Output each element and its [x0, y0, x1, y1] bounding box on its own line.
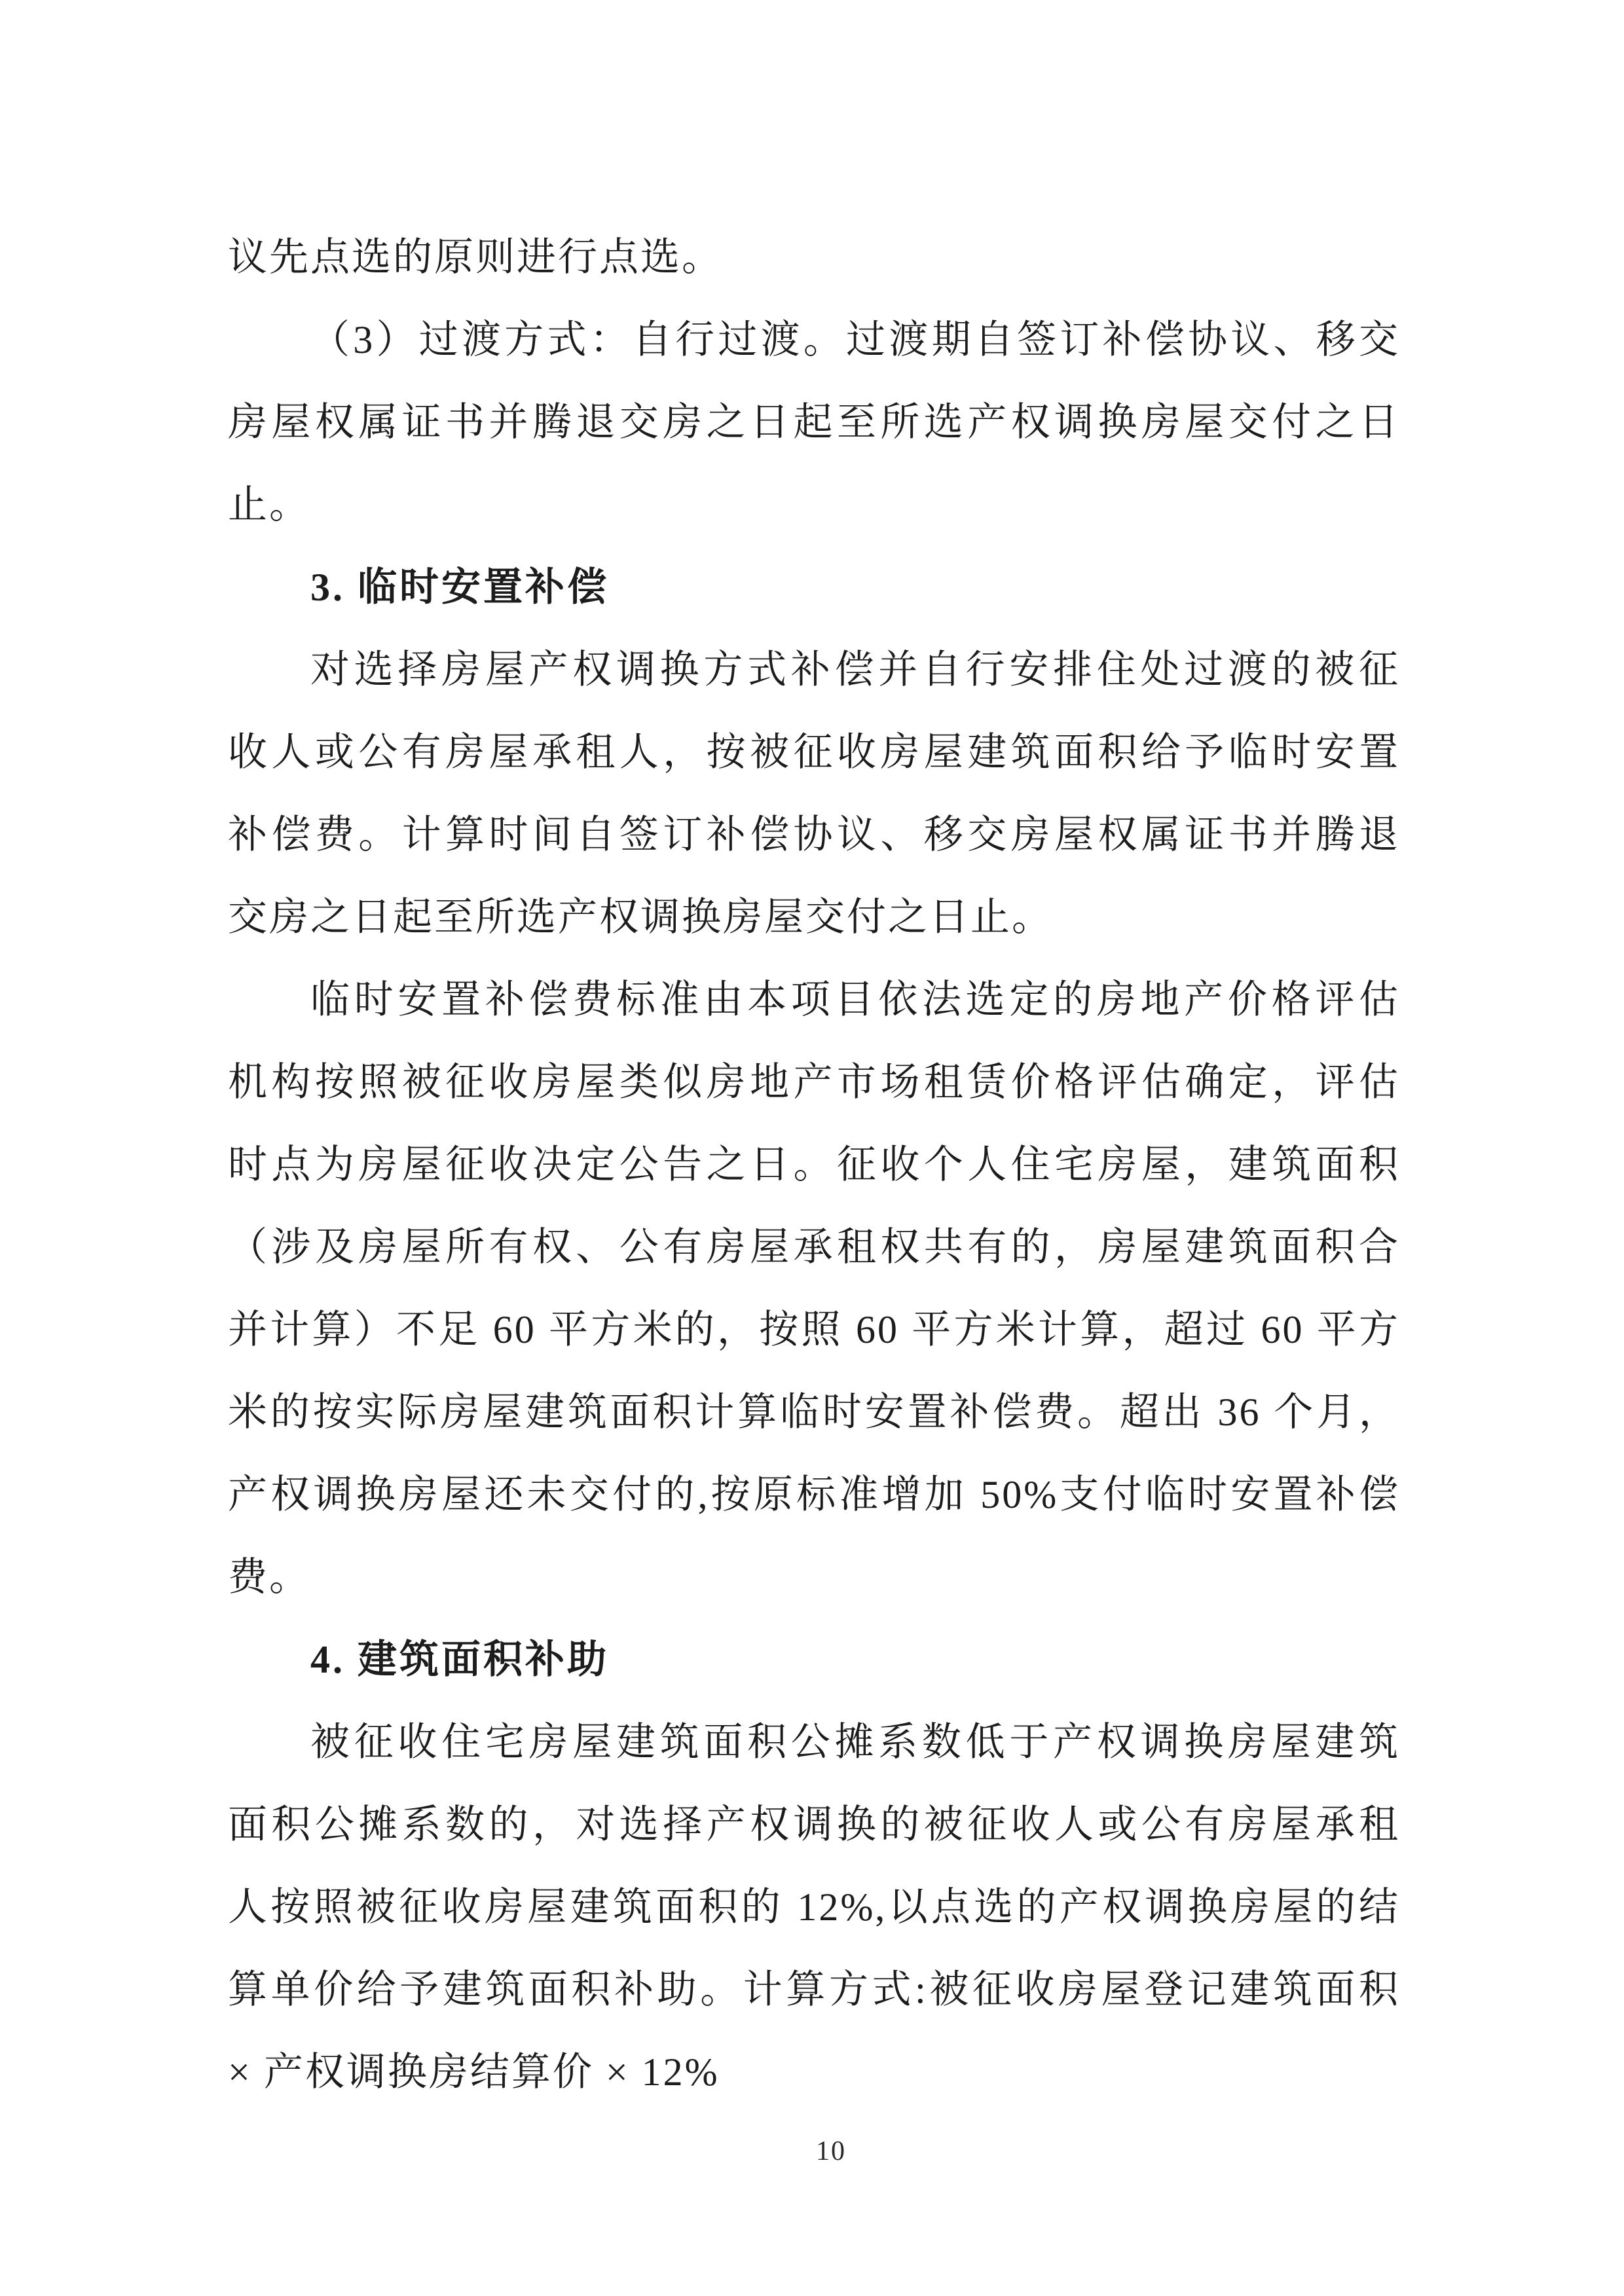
text-line: 产权调换房屋还未交付的,按原标准增加 50%支付临时安置补偿 [228, 1453, 1400, 1536]
text-line: 费。 [228, 1536, 1400, 1618]
section-heading: 4. 建筑面积补助 [228, 1618, 1400, 1701]
text-line: 算单价给予建筑面积补助。计算方式:被征收房屋登记建筑面积 [228, 1948, 1400, 2031]
text-line: 米的按实际房屋建筑面积计算临时安置补偿费。超出 36 个月， [228, 1371, 1400, 1453]
text-line: 房屋权属证书并腾退交房之日起至所选产权调换房屋交付之日 [228, 381, 1400, 464]
text-line: （3）过渡方式：自行过渡。过渡期自签订补偿协议、移交 [228, 299, 1400, 381]
document-body: 议先点选的原则进行点选。 （3）过渡方式：自行过渡。过渡期自签订补偿协议、移交 … [228, 216, 1400, 2113]
text-line: （涉及房屋所有权、公有房屋承租权共有的，房屋建筑面积合 [228, 1206, 1400, 1288]
text-line: 补偿费。计算时间自签订补偿协议、移交房屋权属证书并腾退 [228, 793, 1400, 876]
text-line: 收人或公有房屋承租人，按被征收房屋建筑面积给予临时安置 [228, 711, 1400, 793]
text-line: 被征收住宅房屋建筑面积公摊系数低于产权调换房屋建筑 [228, 1701, 1400, 1783]
text-line: 止。 [228, 464, 1400, 546]
text-line: 机构按照被征收房屋类似房地产市场租赁价格评估确定，评估 [228, 1041, 1400, 1123]
text-line: 人按照被征收房屋建筑面积的 12%,以点选的产权调换房屋的结 [228, 1866, 1400, 1948]
text-line: × 产权调换房结算价 × 12% [228, 2031, 1400, 2113]
text-line: 面积公摊系数的，对选择产权调换的被征收人或公有房屋承租 [228, 1783, 1400, 1866]
text-line: 对选择房屋产权调换方式补偿并自行安排住处过渡的被征 [228, 629, 1400, 711]
document-page: 议先点选的原则进行点选。 （3）过渡方式：自行过渡。过渡期自签订补偿协议、移交 … [0, 0, 1624, 2296]
section-heading: 3. 临时安置补偿 [228, 546, 1400, 629]
page-number: 10 [816, 2136, 846, 2167]
text-line: 时点为房屋征收决定公告之日。征收个人住宅房屋，建筑面积 [228, 1123, 1400, 1206]
text-line: 议先点选的原则进行点选。 [228, 216, 1400, 299]
text-line: 并计算）不足 60 平方米的，按照 60 平方米计算，超过 60 平方 [228, 1288, 1400, 1371]
text-line: 临时安置补偿费标准由本项目依法选定的房地产价格评估 [228, 958, 1400, 1041]
text-line: 交房之日起至所选产权调换房屋交付之日止。 [228, 876, 1400, 958]
